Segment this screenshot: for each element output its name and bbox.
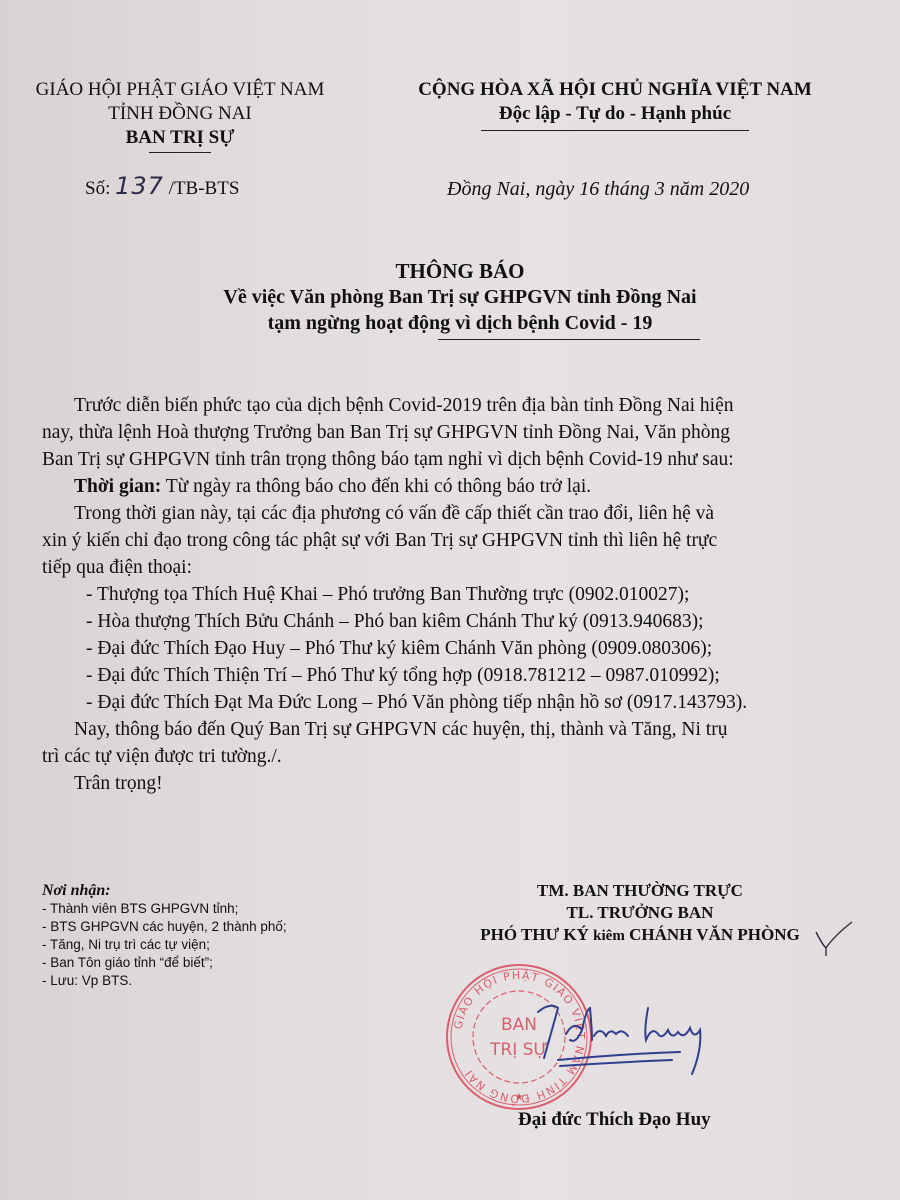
intro-line: nay, thừa lệnh Hoà thượng Trưởng ban Ban… — [42, 419, 874, 446]
signature-line-3: PHÓ THƯ KÝ kiêm CHÁNH VĂN PHÒNG — [420, 924, 860, 947]
signer-name: Đại đức Thích Đạo Huy — [518, 1109, 711, 1131]
document-title: THÔNG BÁO Về việc Văn phòng Ban Trị sự G… — [150, 258, 770, 340]
motto-underline — [481, 130, 749, 131]
recipient-item: - BTS GHPGVN các huyện, 2 thành phố; — [42, 918, 287, 936]
issuing-organization: GIÁO HỘI PHẬT GIÁO VIỆT NAM TỈNH ĐỒNG NA… — [30, 78, 330, 153]
place-date: Đồng Nai, ngày 16 tháng 3 năm 2020 — [447, 178, 749, 201]
national-header: CỘNG HÒA XÃ HỘI CHỦ NGHĨA VIỆT NAM Độc l… — [385, 78, 845, 131]
org-underline — [149, 152, 211, 153]
time-label: Thời gian: — [74, 476, 161, 497]
intro-line: Ban Trị sự GHPGVN tỉnh trân trọng thông … — [42, 446, 874, 473]
recipient-item: - Tăng, Ni trụ trì các tự viện; — [42, 936, 287, 954]
title-subject-line-2: tạm ngừng hoạt động vì dịch bệnh Covid -… — [150, 310, 770, 336]
time-text: Từ ngày ra thông báo cho đến khi có thôn… — [161, 476, 591, 497]
org-line-2: TỈNH ĐỒNG NAI — [30, 102, 330, 126]
signature-block: TM. BAN THƯỜNG TRỰC TL. TRƯỞNG BAN PHÓ T… — [420, 880, 860, 947]
org-line-3: BAN TRỊ SỰ — [30, 126, 330, 150]
document-number: Số: 137 /TB-BTS — [85, 172, 239, 200]
title-heading: THÔNG BÁO — [150, 258, 770, 284]
contact-item: - Hòa thượng Thích Bửu Chánh – Phó ban k… — [86, 608, 874, 635]
contact-line: xin ý kiến chỉ đạo trong công tác phật s… — [42, 527, 874, 554]
svg-text:★: ★ — [515, 1092, 524, 1103]
doc-number-suffix: /TB-BTS — [169, 178, 240, 199]
org-line-1: GIÁO HỘI PHẬT GIÁO VIỆT NAM — [30, 78, 330, 102]
regards: Trân trọng! — [74, 770, 874, 797]
handwritten-signature-icon — [530, 1000, 750, 1080]
doc-number-prefix: Số: — [85, 178, 110, 199]
signature-line-1: TM. BAN THƯỜNG TRỰC — [420, 880, 860, 902]
initial-mark-icon — [812, 918, 862, 958]
contact-item: - Đại đức Thích Đạt Ma Đức Long – Phó Vă… — [86, 689, 874, 716]
national-motto: Độc lập - Tự do - Hạnh phúc — [385, 102, 845, 126]
document-body: Trước diễn biến phức tạo của dịch bệnh C… — [74, 392, 874, 797]
doc-number-handwritten: 137 — [115, 172, 164, 200]
recipient-item: - Thành viên BTS GHPGVN tỉnh; — [42, 900, 287, 918]
recipient-item: - Ban Tôn giáo tỉnh “để biết”; — [42, 954, 287, 972]
title-underline — [438, 339, 700, 340]
contact-item: - Thượng tọa Thích Huệ Khai – Phó trưởng… — [86, 581, 874, 608]
national-title: CỘNG HÒA XÃ HỘI CHỦ NGHĨA VIỆT NAM — [385, 78, 845, 102]
closing-line: Nay, thông báo đến Quý Ban Trị sự GHPGVN… — [74, 716, 874, 743]
contact-item: - Đại đức Thích Thiện Trí – Phó Thư ký t… — [86, 662, 874, 689]
contact-line: Trong thời gian này, tại các địa phương … — [74, 500, 874, 527]
signature-line-2: TL. TRƯỞNG BAN — [420, 902, 860, 924]
time-paragraph: Thời gian: Từ ngày ra thông báo cho đến … — [74, 473, 874, 500]
recipient-item: - Lưu: Vp BTS. — [42, 972, 287, 990]
recipients-block: Nơi nhận: - Thành viên BTS GHPGVN tỉnh; … — [42, 882, 287, 990]
contact-line: tiếp qua điện thoại: — [42, 554, 874, 581]
title-subject-line-1: Về việc Văn phòng Ban Trị sự GHPGVN tỉnh… — [150, 284, 770, 310]
closing-line: trì các tự viện được tri tường./. — [42, 743, 874, 770]
contact-item: - Đại đức Thích Đạo Huy – Phó Thư ký kiê… — [86, 635, 874, 662]
recipients-title: Nơi nhận: — [42, 882, 287, 900]
intro-line: Trước diễn biến phức tạo của dịch bệnh C… — [74, 392, 874, 419]
